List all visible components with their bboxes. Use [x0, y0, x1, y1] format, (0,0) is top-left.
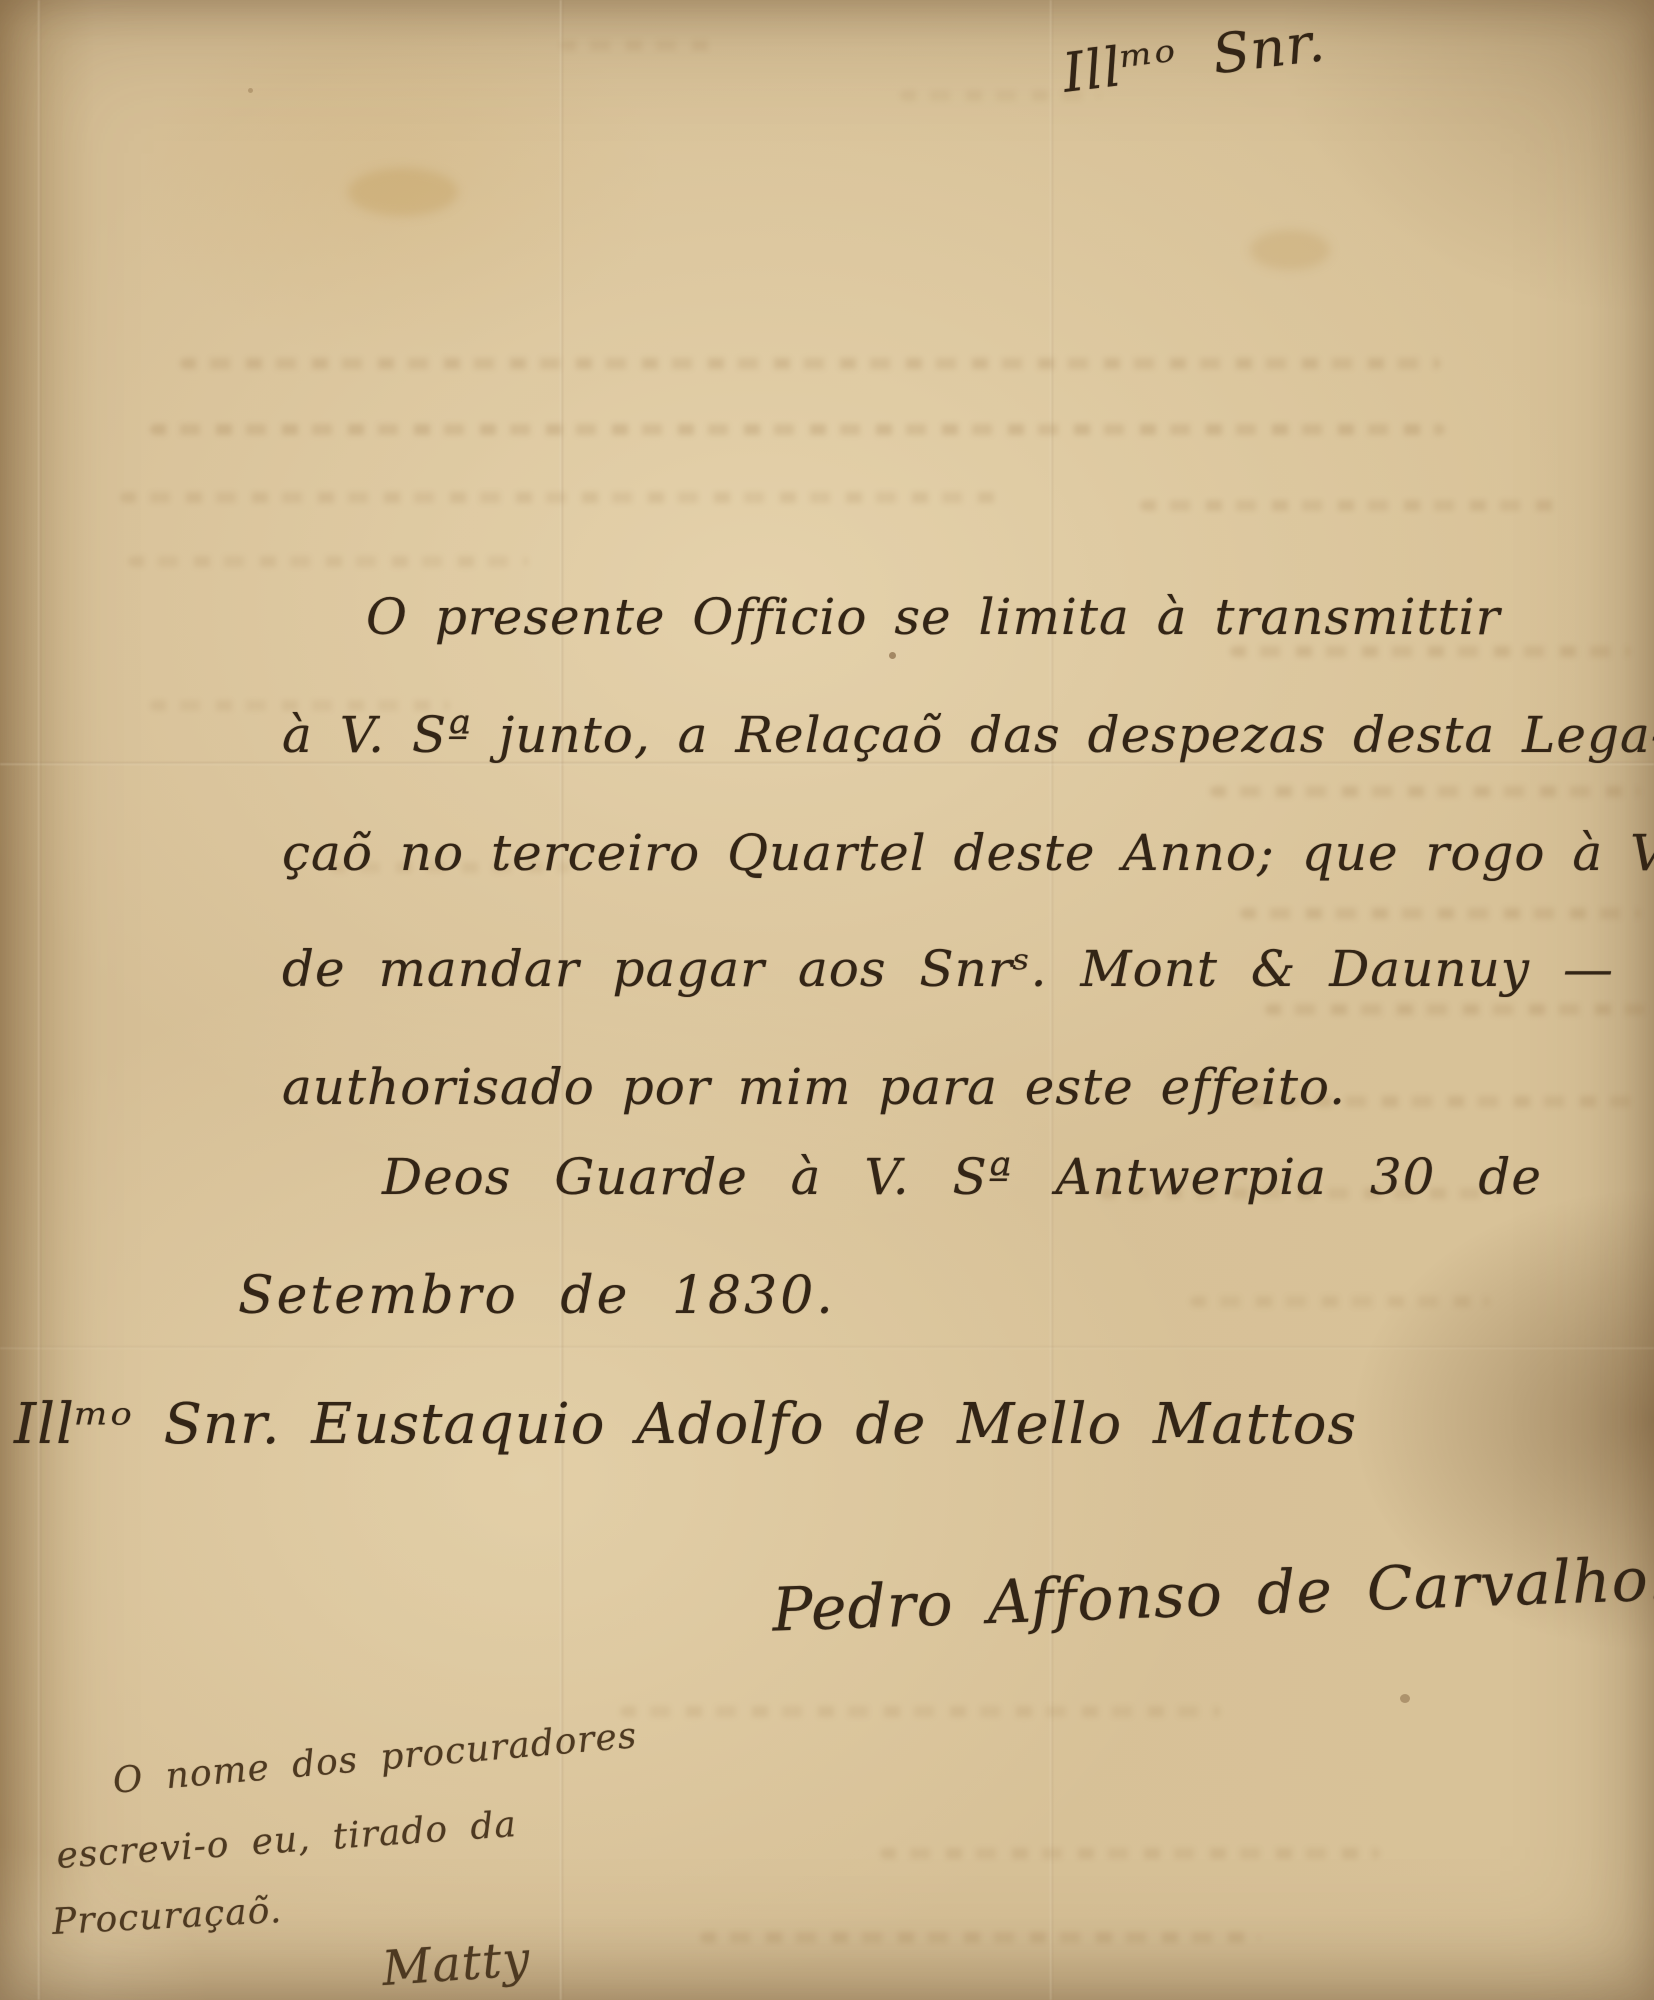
page-edge-crease — [38, 0, 41, 2000]
letter-signature: Pedro Affonso de Carvalho. — [771, 1544, 1654, 1645]
bleed-through-line — [880, 1848, 1380, 1859]
letter-body-line-1: O presente Officio se limita à transmitt… — [366, 588, 1501, 646]
bleed-through-line — [700, 1932, 1260, 1943]
letter-body-line-3: çaõ no terceiro Quartel deste Anno; que … — [282, 824, 1654, 882]
paper-stain — [348, 168, 458, 216]
bleed-through-line — [1240, 908, 1640, 919]
vertical-fold-crease — [1050, 0, 1053, 2000]
bleed-through-line — [1140, 500, 1560, 511]
horizontal-fold-crease — [0, 1346, 1654, 1349]
letter-closing-line-2: Setembro de 1830. — [238, 1266, 836, 1326]
bleed-through-mark — [560, 40, 720, 51]
letter-addressee: Illᵐᵒ Snr. Eustaquio Adolfo de Mello Mat… — [14, 1392, 1357, 1457]
bleed-through-line — [1210, 786, 1640, 797]
letter-closing-line-1: Deos Guarde à V. Sª Antwerpia 30 de — [382, 1148, 1542, 1206]
bleed-through-line — [1230, 646, 1630, 657]
ink-speck — [1400, 1694, 1410, 1703]
bleed-through-line — [150, 424, 1445, 435]
bleed-through-line — [1265, 1004, 1645, 1015]
bleed-through-line — [180, 358, 1440, 369]
paper-stain — [1250, 230, 1330, 270]
marginal-note-line-2: escrevi-o eu, tirado da — [55, 1804, 518, 1877]
ink-speck — [248, 88, 253, 93]
marginal-note-signature: Matty — [380, 1931, 532, 1997]
ink-speck — [889, 652, 896, 659]
letter-salutation: Illᵐᵒ Snr. — [1059, 10, 1328, 105]
letter-body-line-5: authorisado por mim para este effeito. — [282, 1058, 1346, 1116]
bleed-through-line — [1190, 1296, 1490, 1307]
bleed-through-line — [120, 492, 1000, 503]
bleed-through-line — [620, 1706, 1220, 1717]
vertical-fold-crease — [560, 0, 563, 2000]
letter-body-line-4: de mandar pagar aos Snrˢ. Mont & Daunuy … — [282, 940, 1614, 998]
bleed-through-line — [128, 556, 528, 567]
letter-body-line-2: à V. Sª junto, a Relaçaõ das despezas de… — [282, 706, 1654, 764]
marginal-note-line-3: Procuraçaõ. — [51, 1890, 283, 1943]
manuscript-letter-page: Illᵐᵒ Snr. O presente Officio se limita … — [0, 0, 1654, 2000]
